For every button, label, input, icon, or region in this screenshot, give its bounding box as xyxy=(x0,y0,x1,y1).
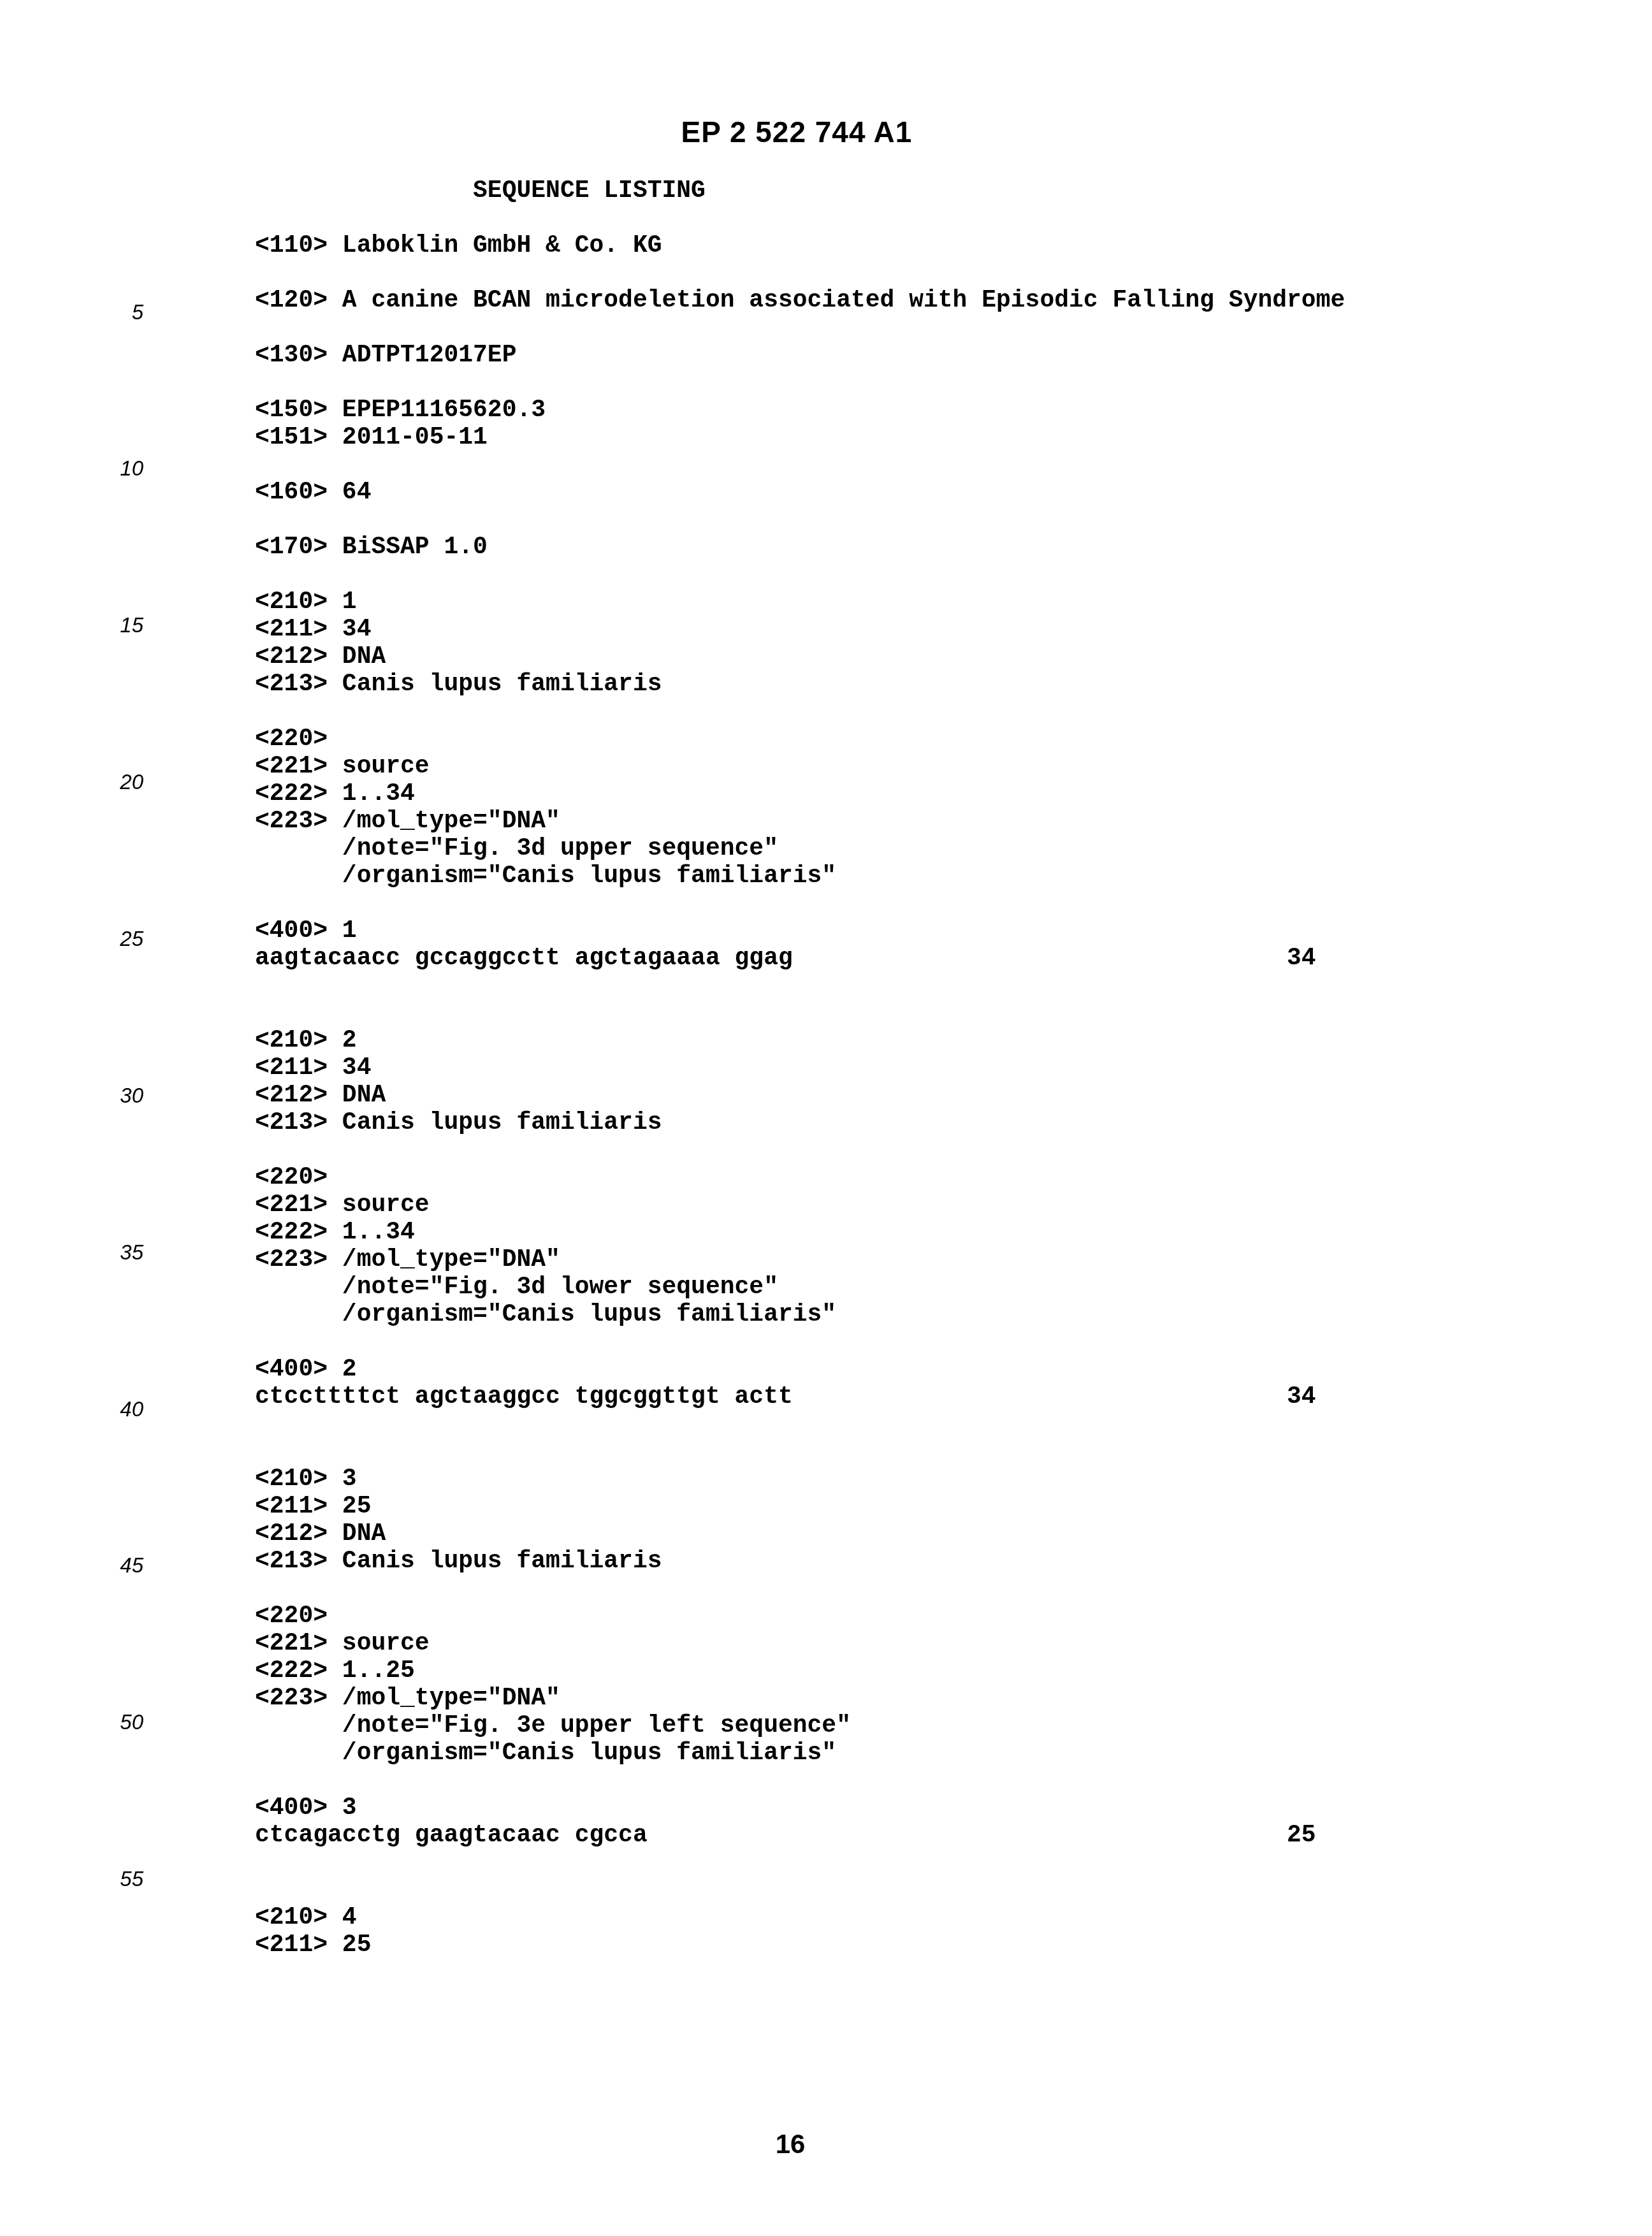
margin-line-number: 55 xyxy=(86,1868,143,1889)
margin-line-number: 30 xyxy=(86,1085,143,1106)
margin-line-number: 45 xyxy=(86,1555,143,1576)
margin-line-number: 10 xyxy=(86,458,143,479)
patent-page: EP 2 522 744 A1 510152025303540455055 SE… xyxy=(0,0,1652,2236)
margin-line-number: 25 xyxy=(86,928,143,949)
margin-line-number: 15 xyxy=(86,614,143,635)
margin-line-number: 5 xyxy=(86,301,143,323)
margin-line-number: 40 xyxy=(86,1398,143,1419)
margin-line-number: 50 xyxy=(86,1711,143,1732)
doc-number-header: EP 2 522 744 A1 xyxy=(0,115,1593,149)
sequence-listing-text: SEQUENCE LISTING <110> Laboklin GmbH & C… xyxy=(255,177,1345,1959)
page-number-footer: 16 xyxy=(0,2129,1581,2160)
margin-line-number: 35 xyxy=(86,1242,143,1263)
margin-line-number: 20 xyxy=(86,771,143,792)
